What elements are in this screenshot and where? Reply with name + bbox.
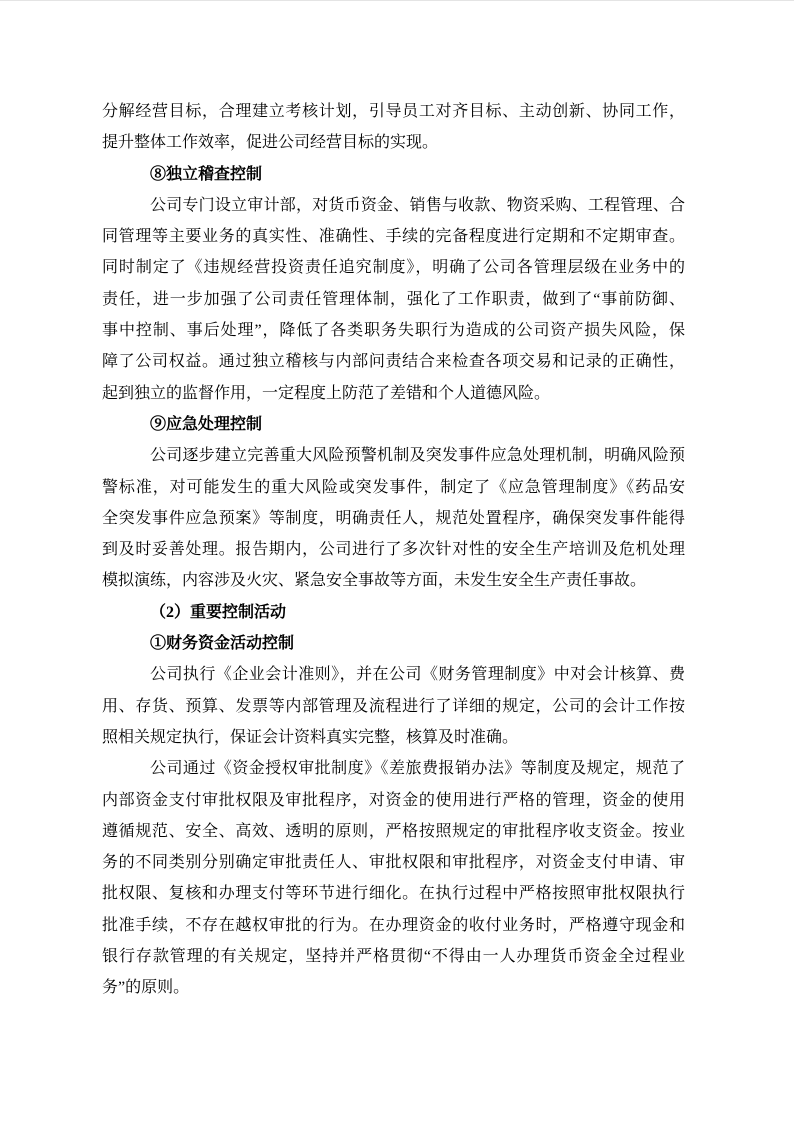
paragraph-line: 起到独立的监督作用，一定程度上防范了差错和个人道德风险。 bbox=[102, 378, 685, 409]
paragraph-line: 同时制定了《违规经营投资责任追究制度》，明确了公司各管理层级在业务中的 bbox=[102, 252, 685, 283]
paragraph-line: 批准手续，不存在越权审批的行为。在办理资金的收付业务时，严格遵守现金和 bbox=[102, 910, 685, 941]
paragraph-line: 务”的原则。 bbox=[102, 972, 685, 1003]
document-page: 分解经营目标，合理建立考核计划，引导员工对齐目标、主动创新、协同工作， 提升整体… bbox=[0, 0, 794, 1122]
page-content: 分解经营目标，合理建立考核计划，引导员工对齐目标、主动创新、协同工作， 提升整体… bbox=[102, 96, 685, 1004]
paragraph-line: 全突发事件应急预案》等制度，明确责任人，规范处置程序，确保突发事件能得 bbox=[102, 503, 685, 534]
paragraph-line: 模拟演练，内容涉及火灾、紧急安全事故等方面，未发生安全生产责任事故。 bbox=[102, 565, 685, 596]
paragraph-line: 照相关规定执行，保证会计资料真实完整，核算及时准确。 bbox=[102, 722, 685, 753]
heading-8-independent-audit-control: ⑧独立稽查控制 bbox=[102, 159, 685, 190]
paragraph-line: 公司专门设立审计部，对货币资金、销售与收款、物资采购、工程管理、合 bbox=[102, 190, 685, 221]
heading-9-emergency-handling-control: ⑨应急处理控制 bbox=[102, 409, 685, 440]
paragraph-line: 分解经营目标，合理建立考核计划，引导员工对齐目标、主动创新、协同工作， bbox=[102, 96, 685, 127]
paragraph-line: 公司逐步建立完善重大风险预警机制及突发事件应急处理机制，明确风险预 bbox=[102, 440, 685, 471]
heading-2-important-control-activities: （2）重要控制活动 bbox=[102, 597, 685, 628]
heading-1-financial-funds-activity-control: ①财务资金活动控制 bbox=[102, 628, 685, 659]
paragraph-line: 提升整体工作效率，促进公司经营目标的实现。 bbox=[102, 127, 685, 158]
paragraph-line: 同管理等主要业务的真实性、准确性、手续的完备程度进行定期和不定期审查。 bbox=[102, 221, 685, 252]
paragraph-line: 用、存货、预算、发票等内部管理及流程进行了详细的规定，公司的会计工作按 bbox=[102, 691, 685, 722]
paragraph-line: 公司执行《企业会计准则》，并在公司《财务管理制度》中对会计核算、费 bbox=[102, 659, 685, 690]
paragraph-line: 批权限、复核和办理支付等环节进行细化。在执行过程中严格按照审批权限执行 bbox=[102, 878, 685, 909]
paragraph-line: 银行存款管理的有关规定，坚持并严格贯彻“不得由一人办理货币资金全过程业 bbox=[102, 941, 685, 972]
paragraph-line: 事中控制、事后处理”，降低了各类职务失职行为造成的公司资产损失风险，保 bbox=[102, 315, 685, 346]
paragraph-line: 遵循规范、安全、高效、透明的原则，严格按照规定的审批程序收支资金。按业 bbox=[102, 816, 685, 847]
paragraph-line: 责任，进一步加强了公司责任管理体制，强化了工作职责，做到了“事前防御、 bbox=[102, 284, 685, 315]
paragraph-line: 到及时妥善处理。报告期内，公司进行了多次针对性的安全生产培训及危机处理 bbox=[102, 534, 685, 565]
paragraph-line: 公司通过《资金授权审批制度》《差旅费报销办法》等制度及规定，规范了 bbox=[102, 753, 685, 784]
paragraph-line: 警标准，对可能发生的重大风险或突发事件，制定了《应急管理制度》《药品安 bbox=[102, 472, 685, 503]
paragraph-line: 内部资金支付审批权限及审批程序，对资金的使用进行严格的管理，资金的使用 bbox=[102, 785, 685, 816]
paragraph-line: 务的不同类别分别确定审批责任人、审批权限和审批程序，对资金支付申请、审 bbox=[102, 847, 685, 878]
paragraph-line: 障了公司权益。通过独立稽核与内部问责结合来检查各项交易和记录的正确性， bbox=[102, 346, 685, 377]
